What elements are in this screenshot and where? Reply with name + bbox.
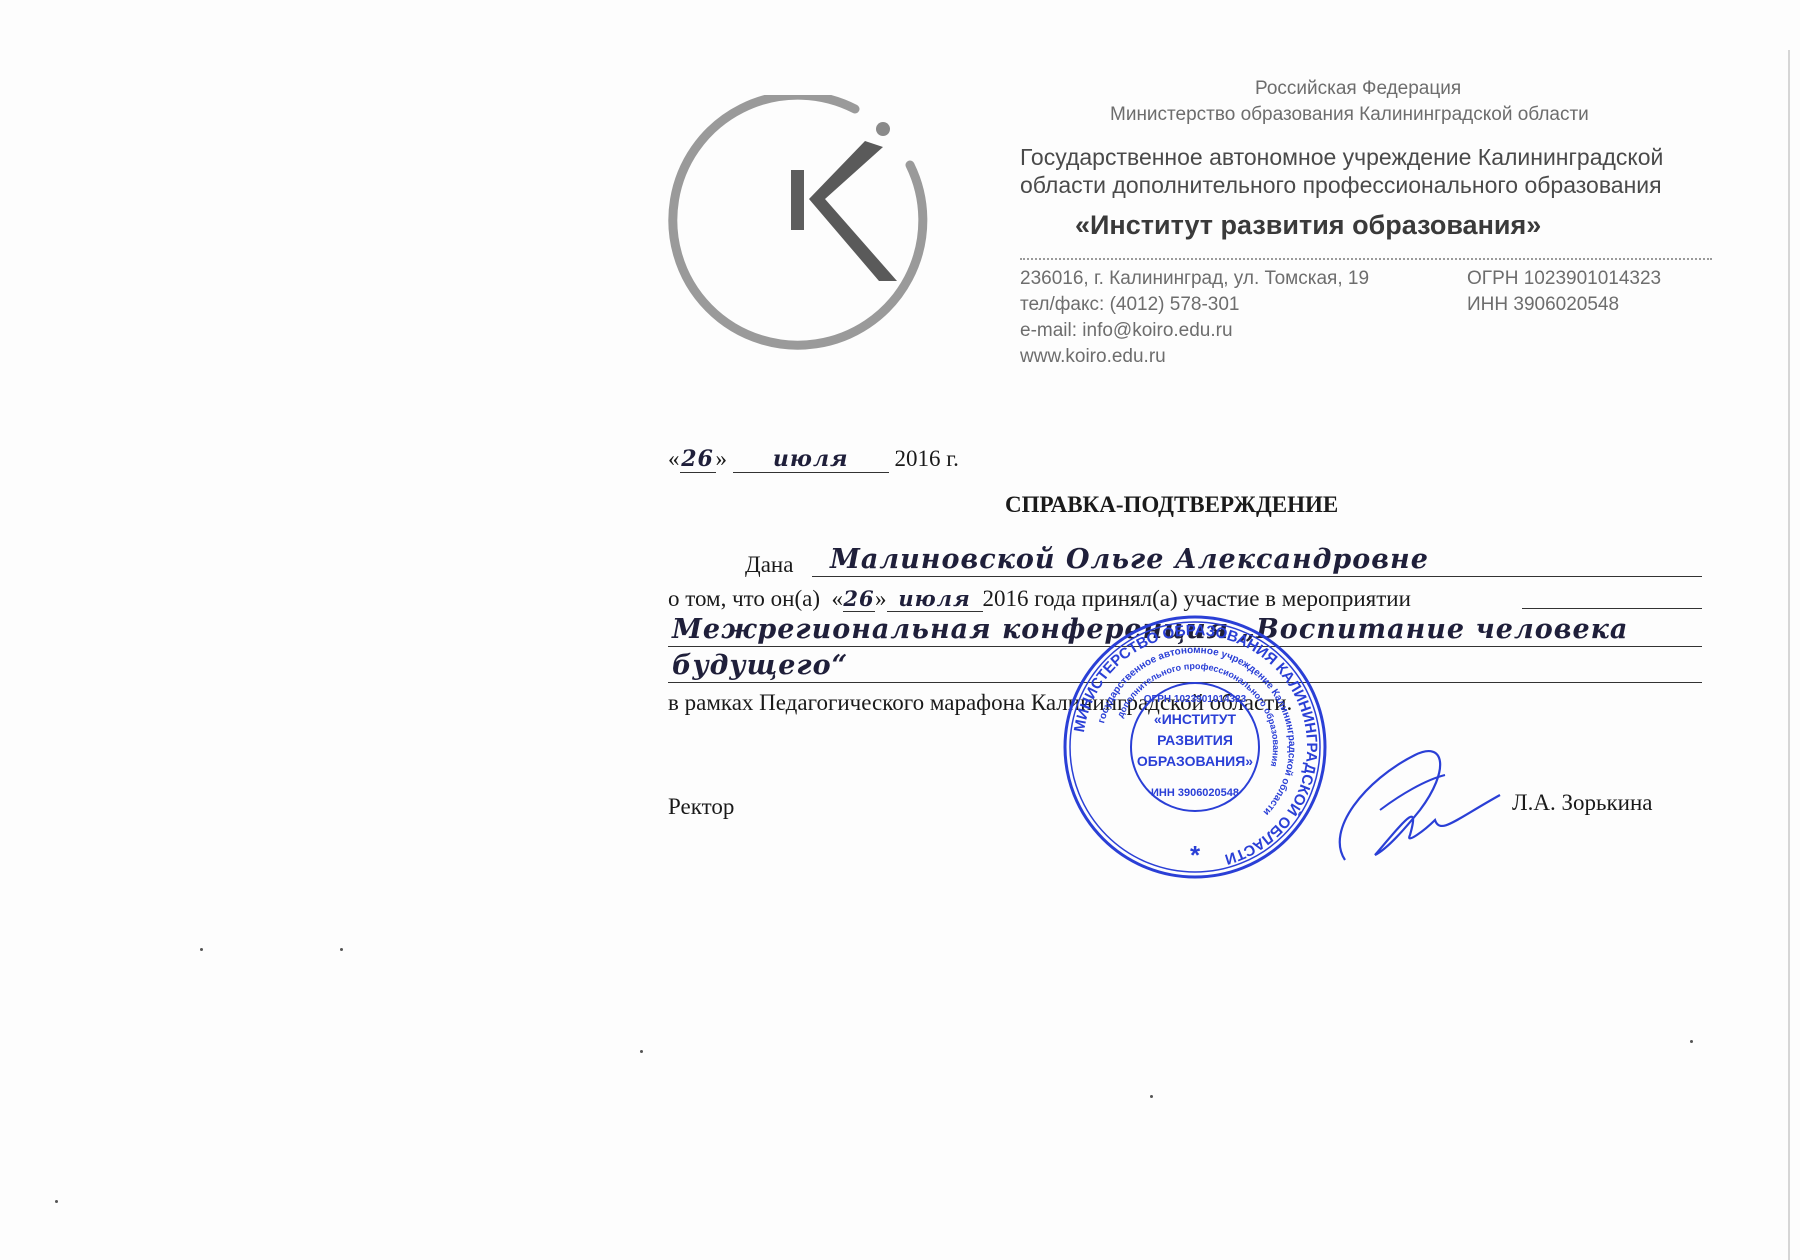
signatory-position: Ректор — [668, 794, 734, 820]
statement-suffix: 2016 года принял(а) участие в мероприяти… — [983, 586, 1411, 611]
recipient-name: Малиновской Ольге Александровне — [830, 544, 1429, 575]
signature-scribble-icon — [1325, 740, 1505, 870]
scan-speck — [1150, 1095, 1153, 1098]
header-institution-name: «Институт развития образования» — [1075, 210, 1541, 241]
signatory-name: Л.А. Зорькина — [1512, 790, 1652, 816]
date-close-quote: » — [716, 446, 728, 471]
event-underline-0 — [1522, 582, 1702, 609]
event-day-open: « — [832, 586, 844, 611]
svg-text:*: * — [1190, 840, 1201, 870]
koiro-logo-icon — [665, 95, 940, 360]
svg-text:РАЗВИТИЯ: РАЗВИТИЯ — [1157, 732, 1233, 748]
contact-phone: тел/факс: (4012) 578-301 — [1020, 294, 1240, 316]
date-day: 26 — [680, 446, 716, 473]
scan-edge — [1788, 50, 1790, 1260]
date-month: июля — [733, 446, 889, 473]
header-institution-line1: Государственное автономное учреждение Ка… — [1020, 144, 1663, 171]
given-label: Дана — [745, 552, 793, 578]
date-line: «26» июля 2016 г. — [668, 446, 959, 473]
statement-prefix: о том, что он(а) — [668, 586, 820, 611]
scan-speck — [640, 1050, 643, 1053]
contact-inn: ИНН 3906020548 — [1467, 294, 1619, 316]
svg-text:«ИНСТИТУТ: «ИНСТИТУТ — [1154, 711, 1237, 727]
event-day: 26 — [843, 586, 875, 612]
scan-speck — [200, 948, 203, 951]
svg-text:ОБРАЗОВАНИЯ»: ОБРАЗОВАНИЯ» — [1137, 753, 1253, 769]
header-divider — [1020, 258, 1712, 260]
header-ministry: Министерство образования Калининградской… — [1110, 104, 1589, 126]
contact-website: www.koiro.edu.ru — [1020, 346, 1166, 368]
statement-line: о том, что он(а) «26»июля2016 года приня… — [668, 586, 1411, 612]
scan-speck — [340, 948, 343, 951]
header-institution-line2: области дополнительного профессиональног… — [1020, 172, 1662, 199]
document-title: СПРАВКА-ПОДТВЕРЖДЕНИЕ — [1005, 492, 1338, 518]
event-line-2: будущего“ — [672, 650, 848, 681]
date-open-quote: « — [668, 446, 680, 471]
svg-text:ОГРН 1023901014323: ОГРН 1023901014323 — [1144, 694, 1247, 705]
scan-speck — [1690, 1040, 1693, 1043]
header-country: Российская Федерация — [1255, 78, 1461, 100]
svg-text:ИНН 3906020548: ИНН 3906020548 — [1151, 787, 1239, 799]
contact-email: e-mail: info@koiro.edu.ru — [1020, 320, 1233, 342]
event-day-close: » — [875, 586, 887, 611]
official-stamp-icon: МИНИСТЕРСТВО ОБРАЗОВАНИЯ КАЛИНИНГРАДСКОЙ… — [1060, 612, 1330, 882]
date-year: 2016 г. — [895, 446, 959, 471]
contact-address: 236016, г. Калининград, ул. Томская, 19 — [1020, 268, 1369, 290]
event-month: июля — [887, 586, 983, 612]
scan-speck — [55, 1200, 58, 1203]
contact-ogrn: ОГРН 1023901014323 — [1467, 268, 1661, 290]
